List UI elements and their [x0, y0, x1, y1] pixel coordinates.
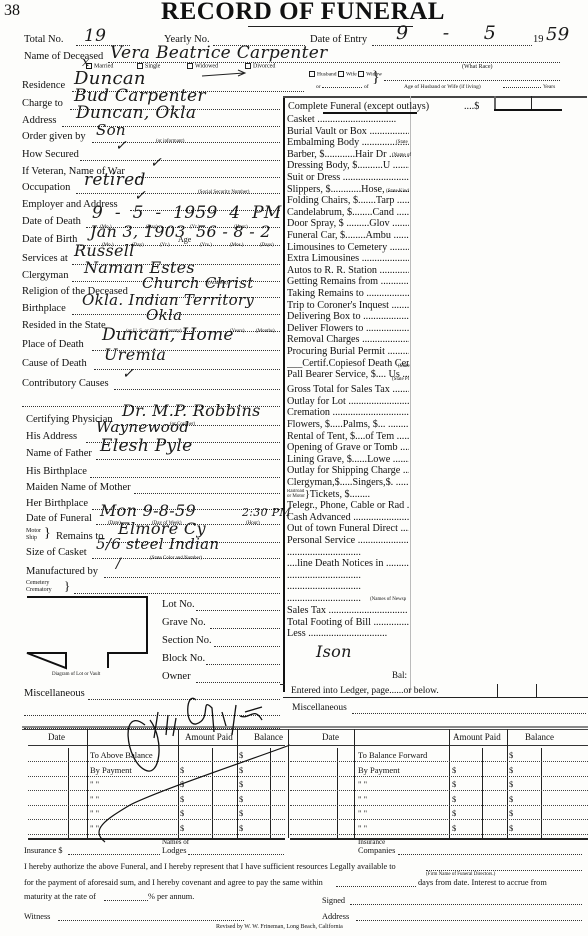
maturity-text: maturity at the rate of	[24, 892, 96, 901]
companies-line	[398, 846, 582, 855]
paid-in-full-signature	[0, 0, 588, 936]
firm-note: (Firm Name of Funeral Directors.)	[426, 872, 495, 877]
insurance-label: Insurance $	[24, 846, 62, 855]
firm-line	[426, 862, 582, 871]
signed-line[interactable]	[350, 896, 582, 905]
witness-label: Witness	[24, 912, 50, 921]
footer-address-line[interactable]	[356, 912, 582, 921]
witness-line[interactable]	[58, 912, 244, 921]
footer-address-label: Address	[322, 912, 349, 921]
revised-note: Revised by W. W. Frineman, Long Beach, C…	[216, 924, 343, 930]
lodges-line	[188, 846, 284, 855]
companies-label-2: Companies	[358, 846, 395, 855]
rate-line	[104, 892, 148, 901]
payment-text: for the payment of aforesaid sum, and I …	[24, 878, 323, 887]
days-line	[336, 878, 416, 887]
authorize-text: I hereby authorize the above Funeral, an…	[24, 862, 396, 871]
per-annum: % per annum.	[148, 892, 194, 901]
days-text: days from date. Interest to accrue from	[418, 878, 547, 887]
companies-label-1: Insurance	[358, 838, 385, 846]
signed-label: Signed	[322, 896, 345, 905]
lodges-label-1: Names of	[162, 838, 189, 846]
lodges-label-2: Lodges	[162, 846, 186, 855]
insurance-line	[68, 846, 160, 855]
funeral-record-page: 38 RECORD OF FUNERAL Total No. 19 Yearly…	[0, 0, 588, 936]
